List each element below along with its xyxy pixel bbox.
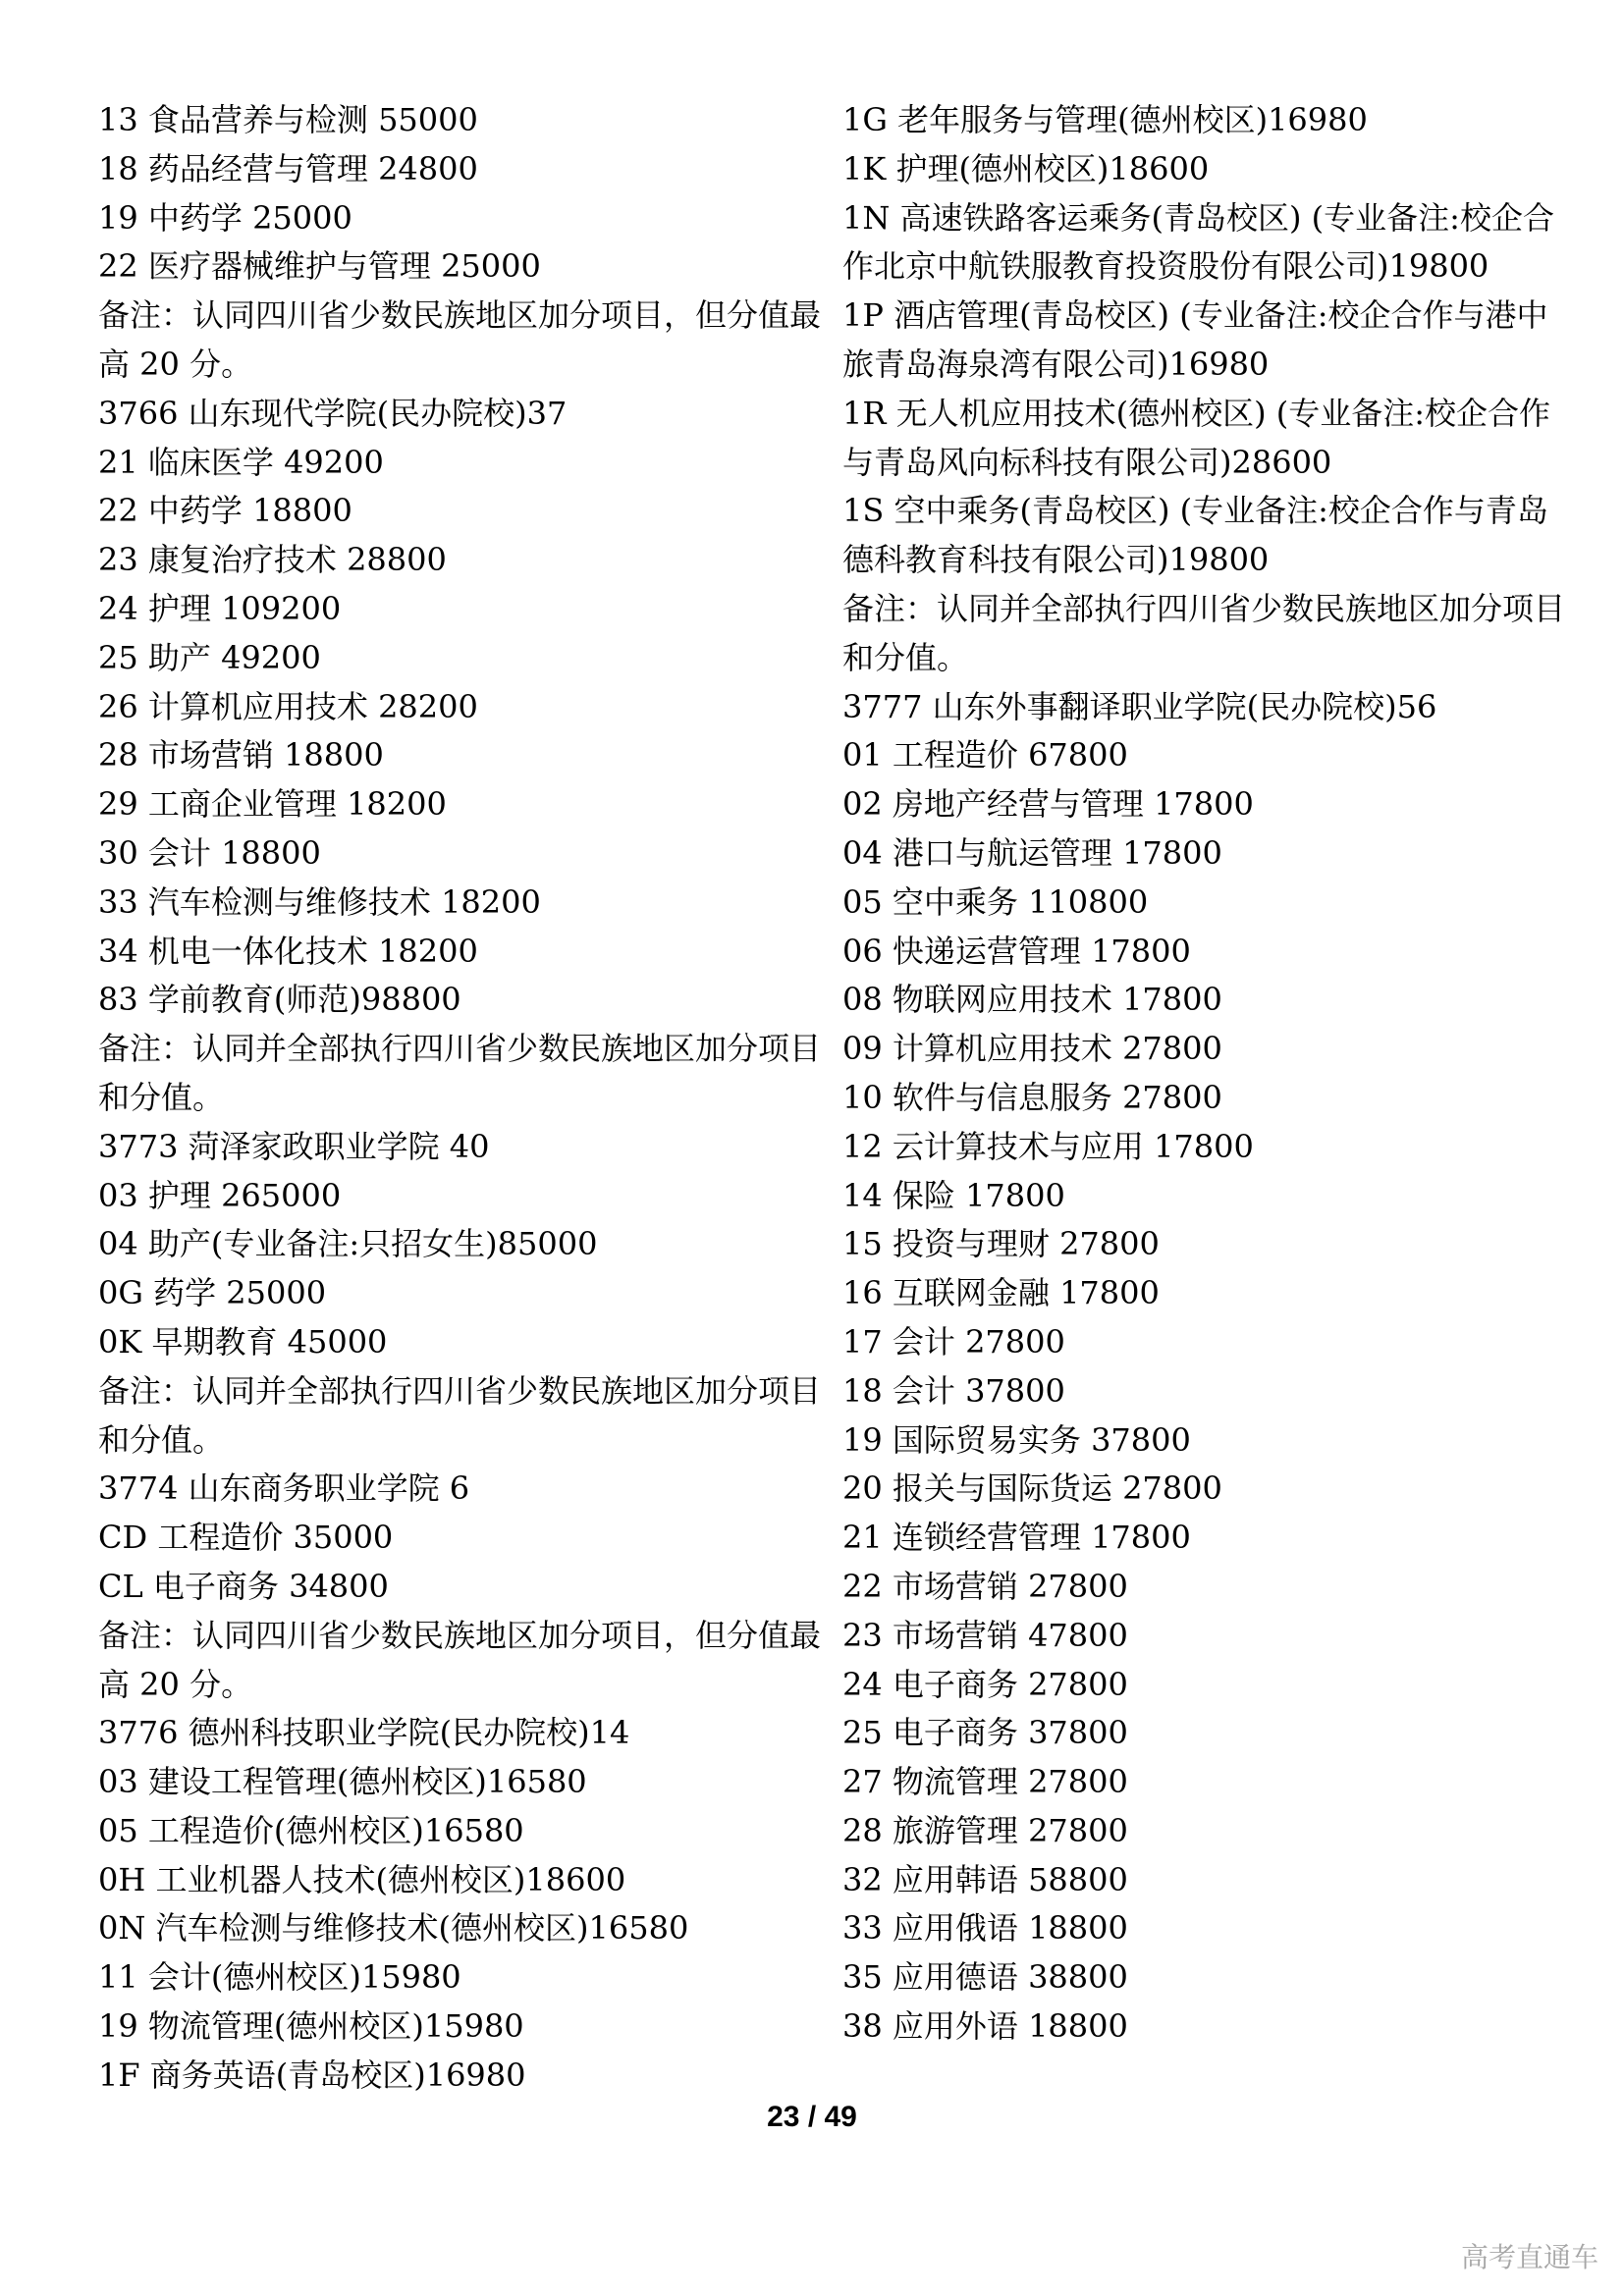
text-line: 25 电子商务 37800	[842, 1709, 1542, 1758]
text-line: 23 市场营销 47800	[842, 1612, 1542, 1661]
text-line: 20 报关与国际货运 27800	[842, 1465, 1542, 1514]
text-line: 11 会计(德州校区)15980	[98, 1953, 815, 2002]
text-line: 03 建设工程管理(德州校区)16580	[98, 1758, 815, 1807]
text-line: 和分值。	[98, 1416, 815, 1466]
page-number: 23 / 49	[0, 2101, 1624, 2134]
left-column: 13 食品营养与检测 5500018 药品经营与管理 2480019 中药学 2…	[98, 96, 815, 2101]
text-line: 16 互联网金融 17800	[842, 1269, 1542, 1318]
text-line: 22 医疗器械维护与管理 25000	[98, 242, 815, 292]
document-page: 13 食品营养与检测 5500018 药品经营与管理 2480019 中药学 2…	[0, 0, 1624, 2296]
watermark-text: 高考直通车	[1461, 2236, 1598, 2275]
text-line: 备注：认同四川省少数民族地区加分项目，但分值最	[98, 292, 815, 341]
text-line: 34 机电一体化技术 18200	[98, 928, 815, 977]
text-line: 21 连锁经营管理 17800	[842, 1514, 1542, 1563]
text-line: 与青岛风向标科技有限公司)28600	[842, 439, 1542, 488]
text-line: 1K 护理(德州校区)18600	[842, 145, 1542, 194]
text-line: 1P 酒店管理(青岛校区) (专业备注:校企合作与港中	[842, 292, 1542, 341]
text-line: 1N 高速铁路客运乘务(青岛校区) (专业备注:校企合	[842, 194, 1542, 243]
text-line: 15 投资与理财 27800	[842, 1220, 1542, 1269]
text-line: 1R 无人机应用技术(德州校区) (专业备注:校企合作	[842, 390, 1542, 439]
text-line: 28 旅游管理 27800	[842, 1807, 1542, 1856]
text-line: 32 应用韩语 58800	[842, 1856, 1542, 1905]
text-line: 26 计算机应用技术 28200	[98, 683, 815, 732]
text-line: 备注：认同并全部执行四川省少数民族地区加分项目	[98, 1367, 815, 1416]
text-line: 德科教育科技有限公司)19800	[842, 536, 1542, 585]
text-line: 83 学前教育(师范)98800	[98, 976, 815, 1025]
text-line: 33 应用俄语 18800	[842, 1904, 1542, 1953]
text-line: 24 电子商务 27800	[842, 1661, 1542, 1710]
text-line: 3766 山东现代学院(民办院校)37	[98, 390, 815, 439]
text-line: 22 中药学 18800	[98, 487, 815, 536]
text-line: 03 护理 265000	[98, 1172, 815, 1221]
text-line: 08 物联网应用技术 17800	[842, 976, 1542, 1025]
text-line: 作北京中航铁服教育投资股份有限公司)19800	[842, 242, 1542, 292]
text-line: CD 工程造价 35000	[98, 1514, 815, 1563]
text-line: 30 会计 18800	[98, 829, 815, 879]
text-line: 旅青岛海泉湾有限公司)16980	[842, 341, 1542, 390]
text-line: 19 中药学 25000	[98, 194, 815, 243]
text-line: 13 食品营养与检测 55000	[98, 96, 815, 145]
text-line: 24 护理 109200	[98, 585, 815, 634]
text-line: 0H 工业机器人技术(德州校区)18600	[98, 1856, 815, 1905]
text-line: 01 工程造价 67800	[842, 731, 1542, 780]
text-line: 1S 空中乘务(青岛校区) (专业备注:校企合作与青岛	[842, 487, 1542, 536]
text-line: 3777 山东外事翻译职业学院(民办院校)56	[842, 683, 1542, 732]
text-line: 备注：认同并全部执行四川省少数民族地区加分项目	[98, 1025, 815, 1074]
text-line: 18 药品经营与管理 24800	[98, 145, 815, 194]
text-line: 10 软件与信息服务 27800	[842, 1074, 1542, 1123]
text-line: 25 助产 49200	[98, 634, 815, 683]
text-line: 0G 药学 25000	[98, 1269, 815, 1318]
text-line: 28 市场营销 18800	[98, 731, 815, 780]
text-line: 05 空中乘务 110800	[842, 879, 1542, 928]
text-line: 04 助产(专业备注:只招女生)85000	[98, 1220, 815, 1269]
text-line: 05 工程造价(德州校区)16580	[98, 1807, 815, 1856]
text-line: 和分值。	[98, 1074, 815, 1123]
text-line: 06 快递运营管理 17800	[842, 928, 1542, 977]
text-line: 21 临床医学 49200	[98, 439, 815, 488]
text-line: 高 20 分。	[98, 341, 815, 390]
text-line: 3776 德州科技职业学院(民办院校)14	[98, 1709, 815, 1758]
text-line: 02 房地产经营与管理 17800	[842, 780, 1542, 829]
text-line: 和分值。	[842, 634, 1542, 683]
text-line: 19 物流管理(德州校区)15980	[98, 2002, 815, 2052]
text-line: 09 计算机应用技术 27800	[842, 1025, 1542, 1074]
text-line: 27 物流管理 27800	[842, 1758, 1542, 1807]
text-line: 23 康复治疗技术 28800	[98, 536, 815, 585]
text-line: 3774 山东商务职业学院 6	[98, 1465, 815, 1514]
text-line: 0K 早期教育 45000	[98, 1318, 815, 1367]
text-line: 1G 老年服务与管理(德州校区)16980	[842, 96, 1542, 145]
text-line: 高 20 分。	[98, 1661, 815, 1710]
text-line: 19 国际贸易实务 37800	[842, 1416, 1542, 1466]
text-line: 18 会计 37800	[842, 1367, 1542, 1416]
text-line: 1F 商务英语(青岛校区)16980	[98, 2052, 815, 2101]
text-line: 38 应用外语 18800	[842, 2002, 1542, 2052]
right-column: 1G 老年服务与管理(德州校区)169801K 护理(德州校区)186001N …	[842, 96, 1542, 2052]
text-line: 04 港口与航运管理 17800	[842, 829, 1542, 879]
text-line: 0N 汽车检测与维修技术(德州校区)16580	[98, 1904, 815, 1953]
text-line: CL 电子商务 34800	[98, 1563, 815, 1612]
text-line: 12 云计算技术与应用 17800	[842, 1123, 1542, 1172]
text-line: 22 市场营销 27800	[842, 1563, 1542, 1612]
text-line: 35 应用德语 38800	[842, 1953, 1542, 2002]
text-line: 备注：认同并全部执行四川省少数民族地区加分项目	[842, 585, 1542, 634]
text-line: 33 汽车检测与维修技术 18200	[98, 879, 815, 928]
text-line: 17 会计 27800	[842, 1318, 1542, 1367]
text-line: 备注：认同四川省少数民族地区加分项目，但分值最	[98, 1612, 815, 1661]
text-line: 29 工商企业管理 18200	[98, 780, 815, 829]
text-line: 3773 菏泽家政职业学院 40	[98, 1123, 815, 1172]
text-line: 14 保险 17800	[842, 1172, 1542, 1221]
